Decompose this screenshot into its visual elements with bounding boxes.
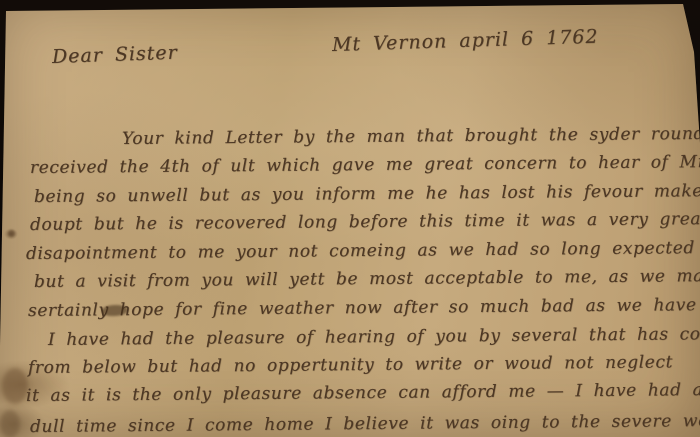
paper-stain bbox=[0, 410, 20, 437]
manuscript-line: but a visit from you will yett be most a… bbox=[34, 266, 700, 292]
manuscript-line: being so unwell but as you inform me he … bbox=[34, 181, 700, 207]
manuscript-line: received the 4th of ult which gave me gr… bbox=[30, 152, 700, 178]
paper-speck bbox=[8, 230, 15, 237]
photo-background: Dear Sister Mt Vernon april 6 1762 Your … bbox=[0, 0, 700, 437]
manuscript-line: dull time since I come home I believe it… bbox=[30, 411, 700, 437]
manuscript-line: disapointment to me your not comeing as … bbox=[26, 238, 700, 264]
salutation: Dear Sister bbox=[52, 42, 178, 68]
paper-stain bbox=[2, 368, 28, 404]
manuscript-line: doupt but he is recovered long before th… bbox=[30, 209, 700, 235]
manuscript-line: it as it is the only pleasure absence ca… bbox=[26, 380, 700, 406]
letter-paper: Dear Sister Mt Vernon april 6 1762 Your … bbox=[0, 0, 700, 437]
manuscript-line: Your kind Letter by the man that brought… bbox=[122, 124, 700, 149]
manuscript-line: from below but had no oppertunity to wri… bbox=[28, 352, 673, 378]
manuscript-line: I have had the pleasure of hearing of yo… bbox=[48, 324, 700, 350]
dateline: Mt Vernon april 6 1762 bbox=[332, 26, 599, 56]
manuscript-line: sertainly hope for fine weather now afte… bbox=[28, 295, 700, 321]
